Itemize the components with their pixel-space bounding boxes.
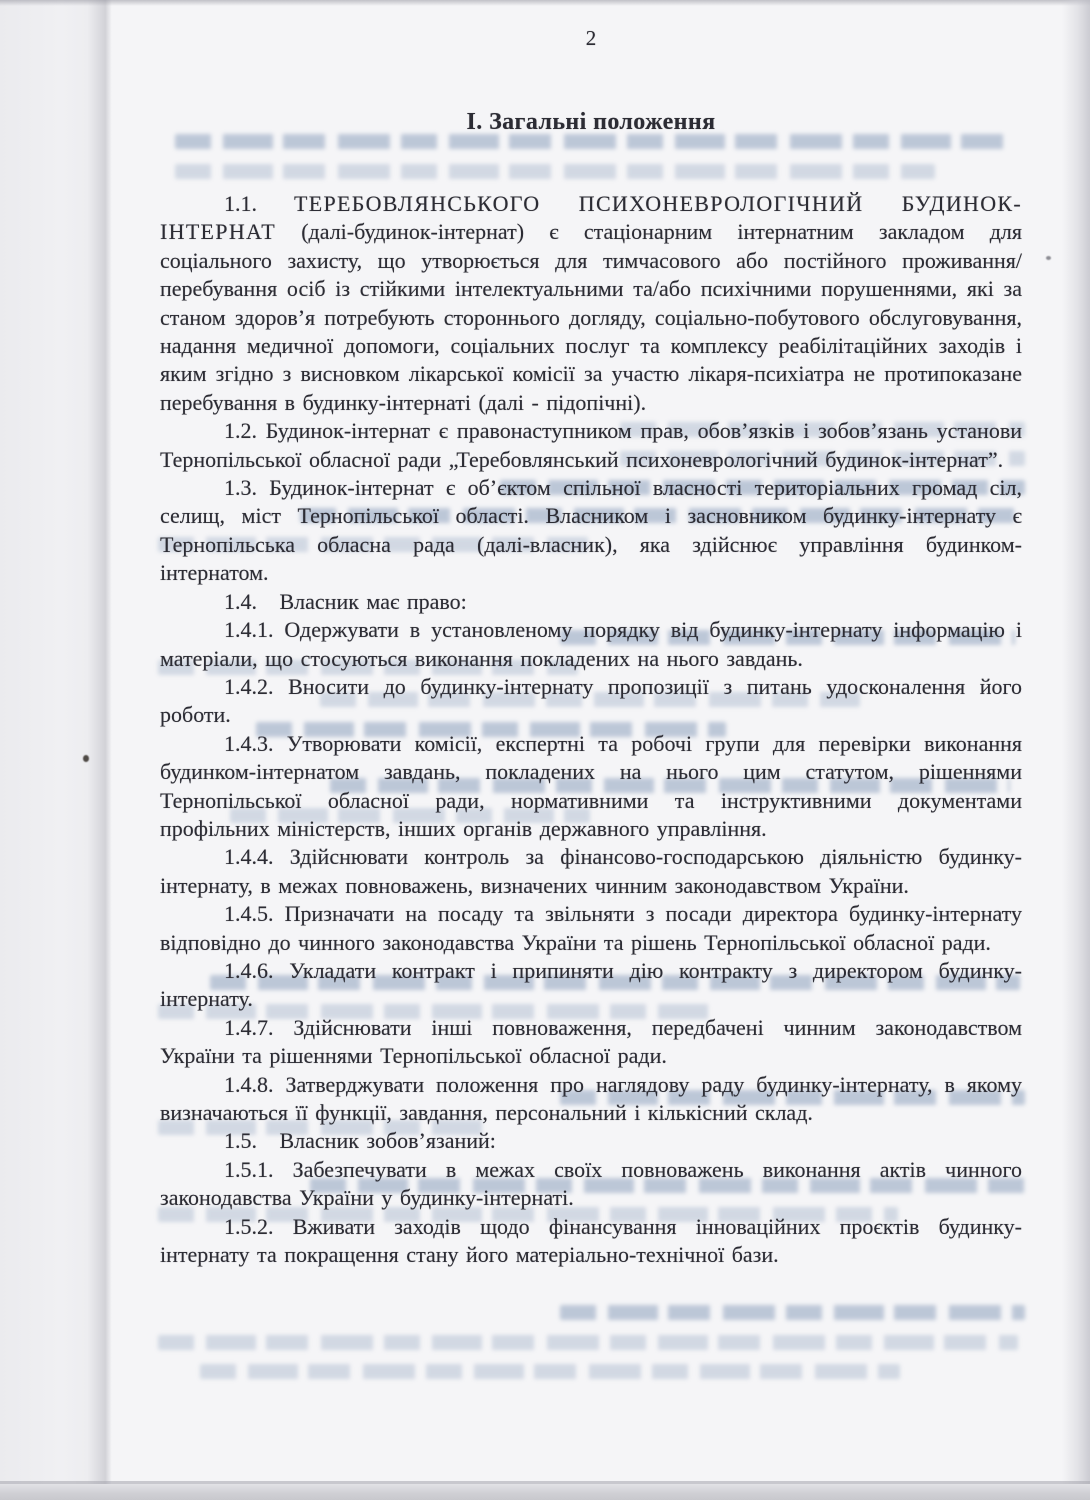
scan-speck xyxy=(83,755,89,762)
paragraph-1-3: 1.3. Будинок-інтернат є об’єктом спільно… xyxy=(160,474,1022,588)
document-content: 2 І. Загальні положення 1.1. ТЕРЕБОВЛЯНС… xyxy=(160,0,1022,1269)
page-bottom-edge xyxy=(0,1484,1090,1500)
bleedthrough-text-artifact xyxy=(560,1305,1025,1320)
document-body: 1.1. ТЕРЕБОВЛЯНСЬКОГО ПСИХОНЕВРОЛОГІЧНИЙ… xyxy=(160,190,1022,1269)
paragraph-1-5: 1.5. Власник зобов’язаний: xyxy=(160,1127,1022,1155)
scan-speck xyxy=(1046,256,1051,260)
paragraph-1-4: 1.4. Власник має право: xyxy=(160,588,1022,616)
bleedthrough-text-artifact xyxy=(200,1364,900,1379)
page-number: 2 xyxy=(160,26,1022,50)
paragraph-1-4-6: 1.4.6. Укладати контракт і припиняти дію… xyxy=(160,957,1022,1014)
paragraph-1-4-7: 1.4.7. Здійснювати інші повноваження, пе… xyxy=(160,1014,1022,1071)
paragraph-1-5-2: 1.5.2. Вживати заходів щодо фінансування… xyxy=(160,1213,1022,1270)
paragraph-1-1: 1.1. ТЕРЕБОВЛЯНСЬКОГО ПСИХОНЕВРОЛОГІЧНИЙ… xyxy=(160,190,1022,417)
paragraph-1-5-1: 1.5.1. Забезпечувати в межах своїх повно… xyxy=(160,1156,1022,1213)
section-heading: І. Загальні положення xyxy=(160,108,1022,136)
paragraph-1-4-4: 1.4.4. Здійснювати контроль за фінансово… xyxy=(160,843,1022,900)
page-right-edge-shadow xyxy=(1062,0,1090,1500)
scan-top-edge-shadow xyxy=(0,0,1090,6)
paragraph-1-4-2: 1.4.2. Вносити до будинку-інтернату проп… xyxy=(160,673,1022,730)
clause-number: 1.1. xyxy=(224,191,294,216)
paragraph-1-4-8: 1.4.8. Затверджувати положення про нагля… xyxy=(160,1071,1022,1128)
paragraph-1-2: 1.2. Будинок-інтернат є правонаступником… xyxy=(160,417,1022,474)
paragraph-1-4-5: 1.4.5. Призначати на посаду та звільняти… xyxy=(160,900,1022,957)
bleedthrough-text-artifact xyxy=(158,1335,1018,1350)
paragraph-1-4-3: 1.4.3. Утворювати комісії, експертні та … xyxy=(160,730,1022,844)
paragraph-1-4-1: 1.4.1. Одержувати в установленому порядк… xyxy=(160,616,1022,673)
paragraph-1-1-text: (далі-будинок-інтернат) є стаціонарним і… xyxy=(160,219,1022,414)
